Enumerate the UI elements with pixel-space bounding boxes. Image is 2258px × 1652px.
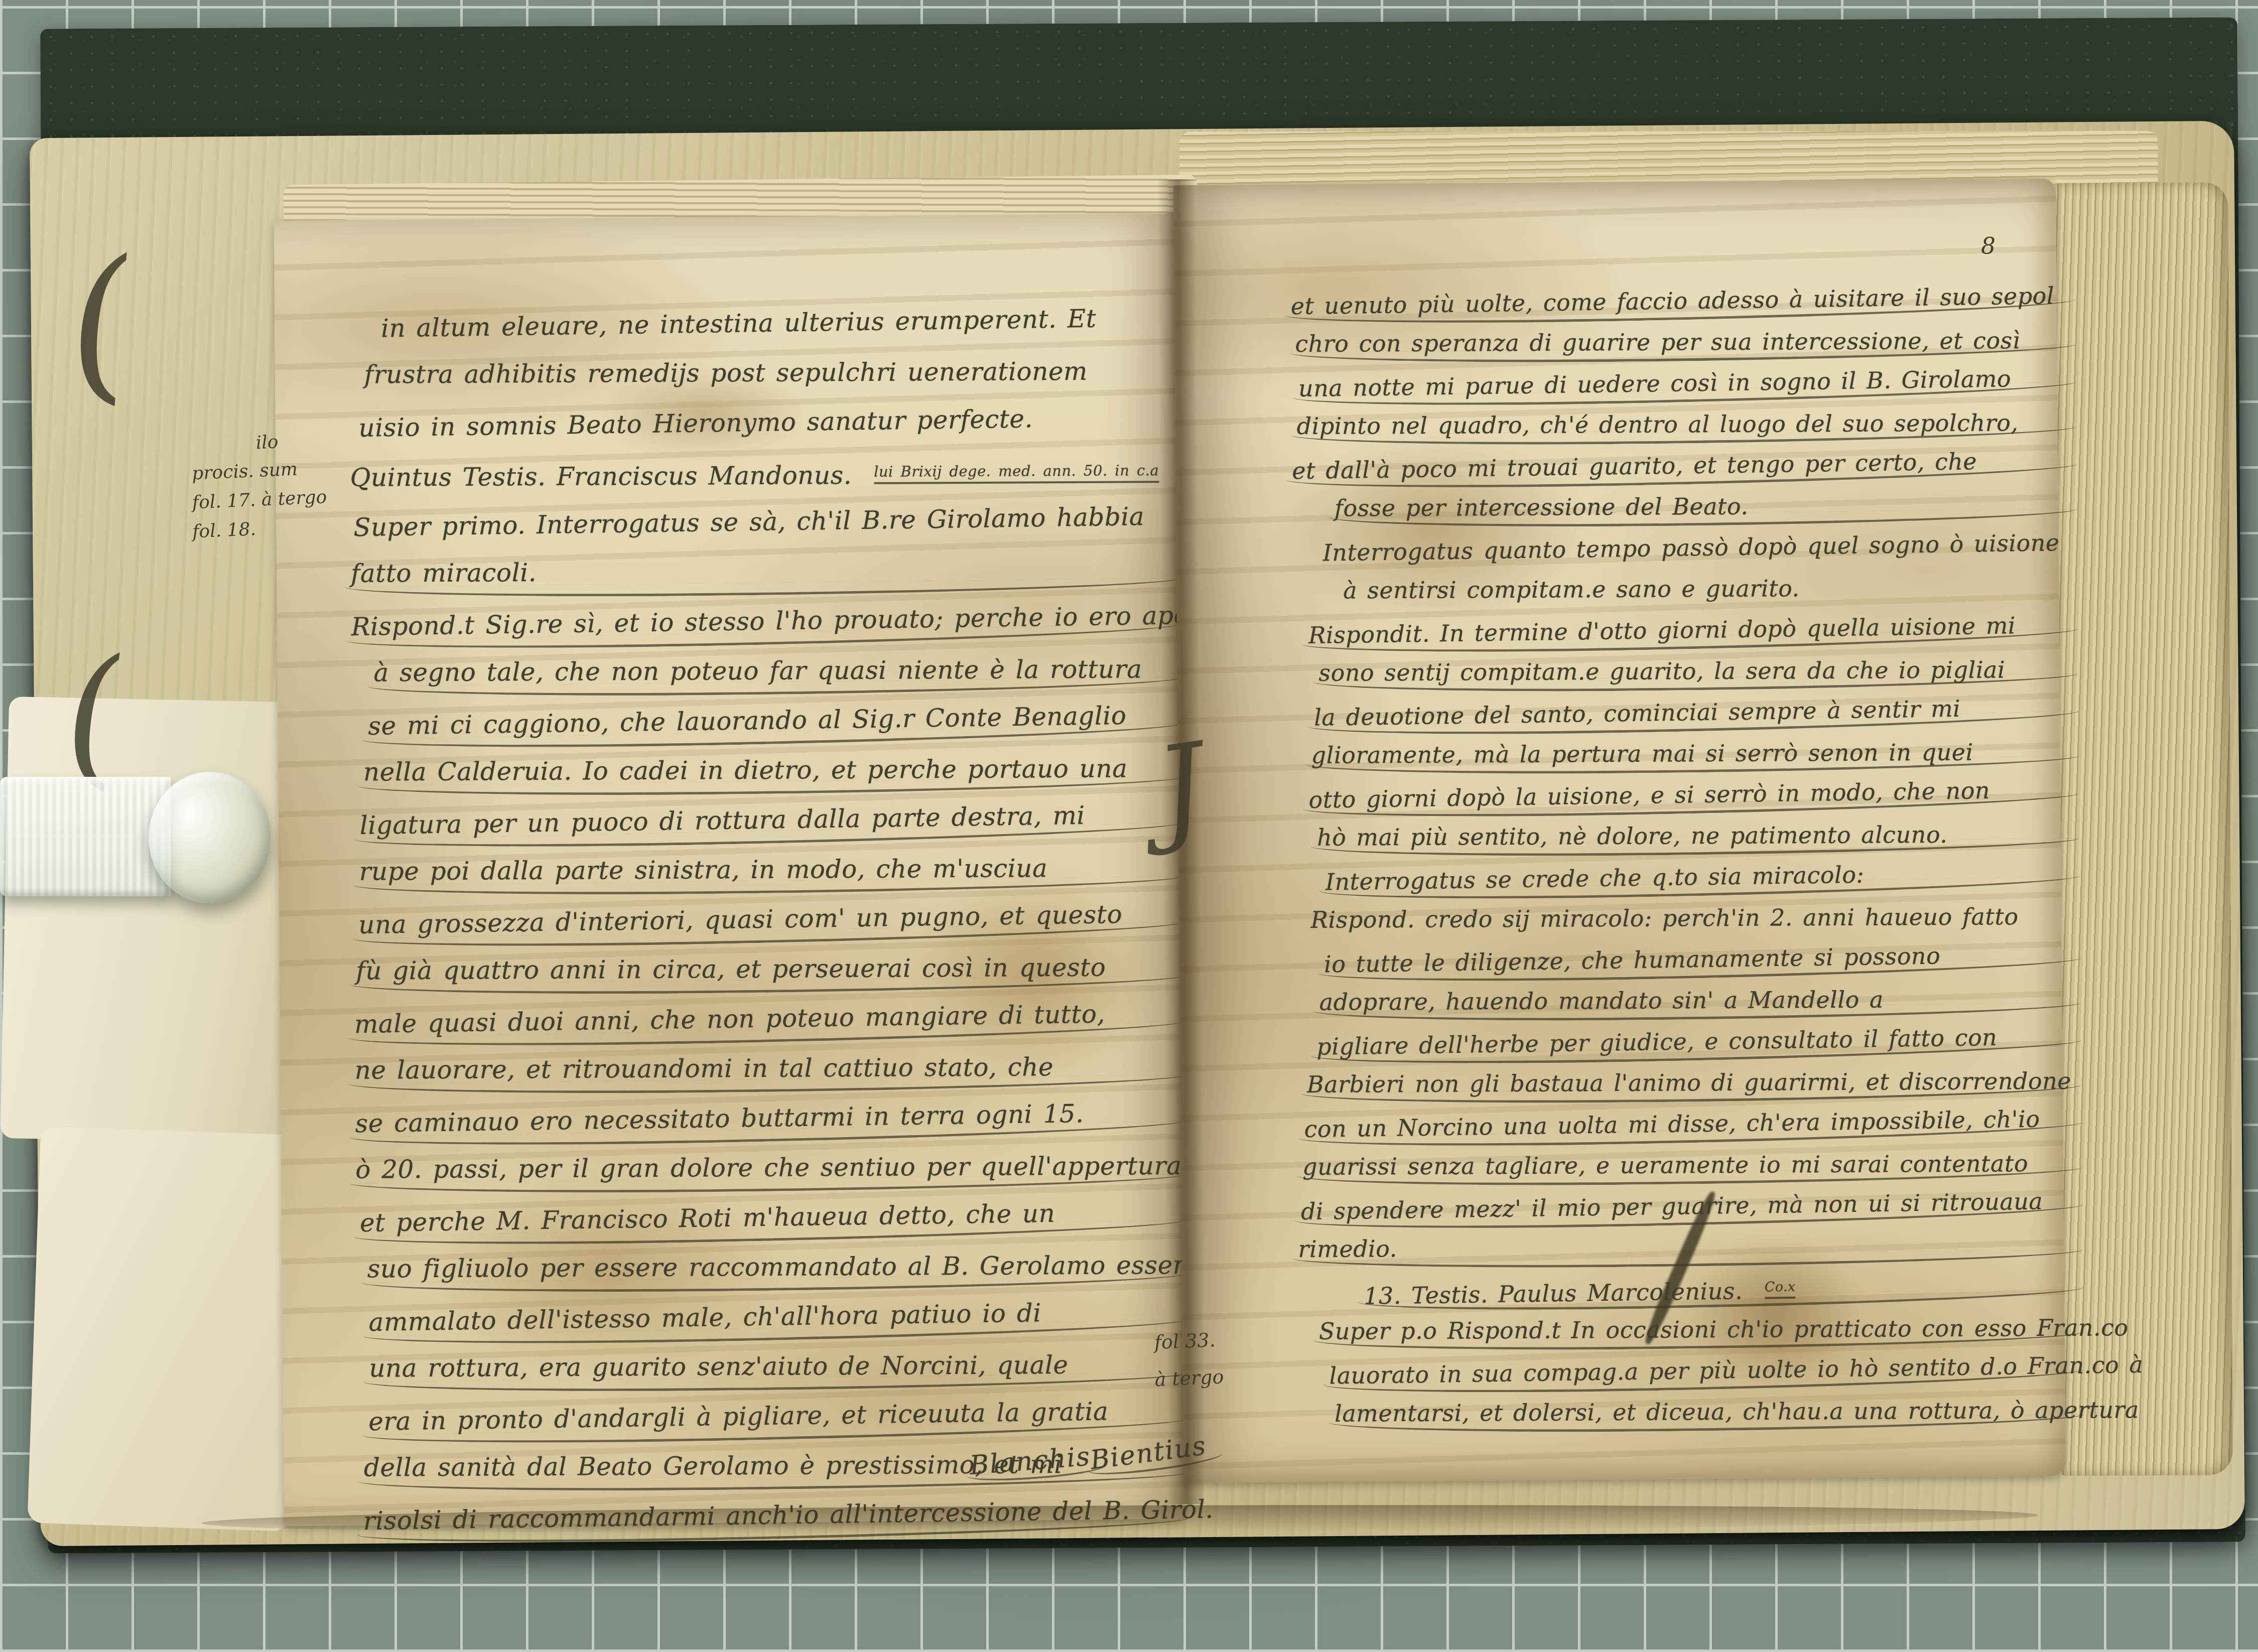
left-line-5: Super primo. Interrogatus se sà, ch'il B…	[353, 493, 1164, 555]
right-line-16: Rispond. credo sij miracolo: perch'in 2.…	[1310, 897, 2063, 942]
right-line-3: una notte mi parue di uedere così in sog…	[1298, 359, 2060, 410]
left-margin-notes: iloprocis. sumfol. 17. à tergofol. 18.	[192, 427, 328, 544]
left-line-19: et perche M. Francisco Roti m'haueua det…	[359, 1189, 1169, 1250]
right-line-18: adoprare, hauendo mandato sin' a Mandell…	[1319, 980, 2064, 1024]
right-line-12: glioramente, mà la pertura mai si serrò …	[1311, 733, 2062, 777]
left-line-23: era in pronto d'andargli à pigliare, et …	[368, 1388, 1171, 1448]
right-line-5: et dall'à poco mi trouai guarito, et ten…	[1292, 441, 2060, 493]
left-line-2: frustra adhibitis remedijs post sepulchr…	[364, 348, 1162, 401]
right-line-4: dipinto nel quadro, ch'é dentro al luogo…	[1296, 403, 2059, 448]
right-line-17: io tutte le diligenze, che humanamente s…	[1324, 935, 2064, 987]
left-line-22: una rottura, era guarito senz'aiuto de N…	[369, 1341, 1170, 1395]
left-line-17: se caminauo ero necessitato buttarmi in …	[355, 1089, 1168, 1151]
right-line-10: sono sentij compitam.e guarito, la sera …	[1318, 650, 2061, 695]
left-line-3: uisio in somnis Beato Hieronymo sanatur …	[358, 394, 1163, 455]
right-line-25-tail: Co.x	[1765, 1279, 1796, 1299]
right-page: et uenuto più uolte, come faccio adesso …	[1173, 179, 2066, 1483]
right-line-27: lauorato in sua compag.a per più uolte i…	[1329, 1346, 2067, 1398]
right-margin-note-2: à tergo	[1154, 1358, 1225, 1398]
guard-sheet-left	[1, 697, 291, 1144]
right-line-8: à sentirsi compitam.e sano e guarito.	[1343, 568, 2061, 613]
left-line-15: male quasi duoi anni, che non poteuo man…	[354, 990, 1167, 1051]
fore-edge-page-block	[2054, 183, 2232, 1476]
glass-weight-stem	[0, 777, 171, 896]
left-line-12: rupe poi dalla parte sinistra, in modo, …	[359, 845, 1166, 898]
left-line-10: nella Calderuia. Io cadei in dietro, et …	[363, 745, 1165, 799]
left-line-16: ne lauorare, et ritrouandomi in tal catt…	[354, 1043, 1167, 1097]
left-line-18: ò 20. passi, per il gran dolore che sent…	[355, 1143, 1168, 1196]
right-line-28: lamentarsi, et dolersi, et diceua, ch'ha…	[1335, 1391, 2067, 1436]
left-line-7: Rispond.t Sig.re sì, et io stesso l'ho p…	[351, 593, 1164, 654]
left-line-9: se mi ci caggiono, che lauorando al Sig.…	[368, 692, 1165, 753]
left-margin-note-1: ilo	[255, 426, 327, 458]
right-line-1: et uenuto più uolte, come faccio adesso …	[1290, 277, 2059, 328]
left-page-text: in altum eleuare, ne intestina ulterius …	[349, 297, 1171, 1546]
right-line-22: guarissi senza tagliare, e ueramente io …	[1302, 1144, 2065, 1189]
right-line-9: Rispondit. In termine d'otto giorni dopò…	[1308, 606, 2061, 657]
right-line-13: otto giorni dopò la uisione, e si serrò …	[1308, 770, 2063, 822]
manuscript-book: in altum eleuare, ne intestina ulterius …	[30, 121, 2245, 1546]
right-margin-notes: fol 33.à tergo	[1154, 1322, 1224, 1397]
left-line-1: in altum eleuare, ne intestina ulterius …	[380, 295, 1162, 355]
right-line-20: Barbieri non gli bastaua l'animo di guar…	[1307, 1062, 2065, 1107]
left-line-13: una grossezza d'interiori, quasi com' un…	[358, 891, 1167, 951]
right-line-23: di spendere mezz' il mio per guarire, mà…	[1300, 1182, 2066, 1233]
folio-number: 8	[1981, 232, 1996, 259]
left-page: in altum eleuare, ne intestina ulterius …	[274, 213, 1186, 1526]
glass-weight-bulb	[149, 772, 271, 903]
right-line-14: hò mai più sentito, nè dolore, ne patime…	[1317, 815, 2063, 860]
left-line-14: fù già quattro anni in circa, et perseue…	[356, 944, 1167, 998]
right-line-19: pigliare dell'herbe per giudice, e consu…	[1316, 1017, 2065, 1069]
left-line-6: fatto miracoli.	[351, 546, 1164, 600]
right-page-text: et uenuto più uolte, come faccio adesso …	[1290, 279, 2067, 1437]
left-line-11: ligatura per un puoco di rottura dalla p…	[359, 791, 1166, 852]
left-line-4: Quintus Testis. Franciscus Mandonus.lui …	[350, 447, 1163, 501]
left-line-21: ammalato dell'istesso male, ch'all'hora …	[368, 1288, 1170, 1349]
right-line-24: rimedio.	[1298, 1226, 2066, 1271]
right-line-6: fosse per intercessione del Beato.	[1335, 486, 2060, 530]
right-line-21: con un Norcino una uolta mi disse, ch'er…	[1304, 1099, 2065, 1151]
photo-stage: in altum eleuare, ne intestina ulterius …	[0, 0, 2258, 1652]
right-line-26: Super p.o Rispond.t In occasioni ch'io p…	[1319, 1309, 2067, 1353]
left-line-8: à segno tale, che non poteuo far quasi n…	[373, 646, 1164, 699]
left-line-4-tail: lui Brixij dege. med. ann. 50. in c.a	[874, 462, 1159, 484]
right-line-7: Interrogatus quanto tempo passò dopò que…	[1322, 523, 2061, 575]
right-line-11: la deuotione del santo, cominciai sempre…	[1314, 688, 2062, 740]
right-line-15: Interrogatus se crede che q.to sia mirac…	[1325, 853, 2063, 904]
left-line-20: suo figliuolo per essere raccommandato a…	[367, 1242, 1169, 1296]
left-margin-note-4: fol. 18.	[192, 512, 328, 546]
right-line-25: 13. Testis. Paulus Marcolenius.Co.x	[1364, 1264, 2067, 1315]
guard-sheet-bottom-left	[27, 1127, 302, 1532]
right-line-2: chro con speranza di guarire per sua int…	[1295, 321, 2059, 366]
glass-weight	[0, 772, 271, 903]
right-margin-note-1: fol 33.	[1153, 1321, 1224, 1361]
